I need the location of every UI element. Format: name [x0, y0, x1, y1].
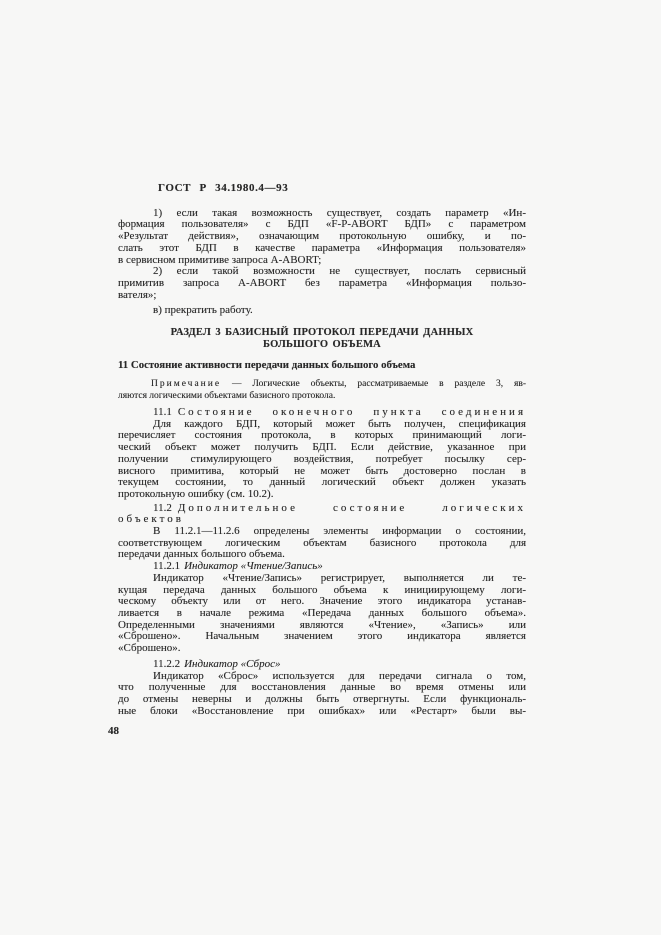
clause-number: 11.2 — [153, 502, 172, 514]
text-line: слать этот БДП в качестве параметра «Инф… — [118, 243, 526, 255]
clause-number: 11.2.2 — [153, 658, 180, 670]
clause-number: 11.2.1 — [153, 560, 180, 572]
text-column: ГОСТ Р 34.1980.4—93 1) если такая возмож… — [118, 183, 526, 738]
scanned-document-page: ГОСТ Р 34.1980.4—93 1) если такая возмож… — [0, 0, 661, 935]
text-line: получении стимулирующего воздействия, по… — [118, 454, 526, 466]
para-11-2: В 11.2.1—11.2.6 определены элементы инфо… — [118, 526, 526, 561]
text-line: вателя»; — [118, 290, 526, 302]
heading-text: объектов — [118, 513, 184, 525]
page-number: 48 — [108, 726, 526, 738]
heading-text: Дополнительное состояние логических — [178, 502, 526, 514]
text-line: «Сброшено». — [118, 643, 526, 655]
text-line: РАЗДЕЛ 3 БАЗИСНЫЙ ПРОТОКОЛ ПЕРЕДАЧИ ДАНН… — [118, 327, 526, 339]
text-line: в) прекратить работу. — [118, 305, 526, 317]
para-11-2-1: Индикатор «Чтение/Запись» регистрирует, … — [118, 573, 526, 655]
section-3-heading: РАЗДЕЛ 3 БАЗИСНЫЙ ПРОТОКОЛ ПЕРЕДАЧИ ДАНН… — [118, 327, 526, 351]
clause-11-1-heading: 11.1Состояние оконечного пункта соединен… — [118, 407, 526, 419]
heading-text: Состояние оконечного пункта соединения — [178, 406, 526, 418]
text-line: Индикатор «Чтение/Запись» регистрирует, … — [118, 573, 526, 585]
para-abort-option-1: 1) если такая возможность существует, со… — [118, 208, 526, 267]
document-body: 1) если такая возможность существует, со… — [118, 208, 526, 718]
heading-line: 11.1Состояние оконечного пункта соединен… — [118, 407, 526, 419]
text-line: БОЛЬШОГО ОБЪЕМА — [118, 339, 526, 351]
para-11-2-2: Индикатор «Сброс» используется для перед… — [118, 671, 526, 718]
clause-11-2-2-heading: 11.2.2Индикатор «Сброс» — [118, 659, 526, 671]
clause-11-heading: 11 Состояние активности передачи данных … — [118, 359, 526, 371]
note-block: Примечание — Логические объекты, рассмат… — [118, 378, 526, 402]
heading-text: Индикатор «Чтение/Запись» — [184, 560, 323, 572]
text-line: ные блоки «Восстановление при ошибках» и… — [118, 706, 526, 718]
clause-number: 11.1 — [153, 406, 172, 418]
text-line: до отмены неверны и должны быть отвергну… — [118, 694, 526, 706]
text-line: протокольную ошибку (см. 10.2). — [118, 489, 526, 501]
running-header: ГОСТ Р 34.1980.4—93 — [158, 183, 526, 195]
text-line: примитив запроса A-ABORT без параметра «… — [118, 278, 526, 290]
clause-11-2-heading: 11.2Дополнительное состояние логическихо… — [118, 503, 526, 526]
text-line: ляются логическими объектами базисного п… — [118, 390, 526, 402]
text-line: ливается в начале режима «Передача данны… — [118, 608, 526, 620]
text-line: В 11.2.1—11.2.6 определены элементы инфо… — [118, 526, 526, 538]
para-stop-work: в) прекратить работу. — [118, 305, 526, 317]
note-lead-word: Примечание — [151, 379, 221, 389]
para-abort-option-2: 2) если такой возможности не существует,… — [118, 266, 526, 301]
heading-text: Индикатор «Сброс» — [184, 658, 280, 670]
text-line: Примечание — Логические объекты, рассмат… — [118, 378, 526, 390]
para-11-1: Для каждого БДП, который может быть полу… — [118, 419, 526, 501]
